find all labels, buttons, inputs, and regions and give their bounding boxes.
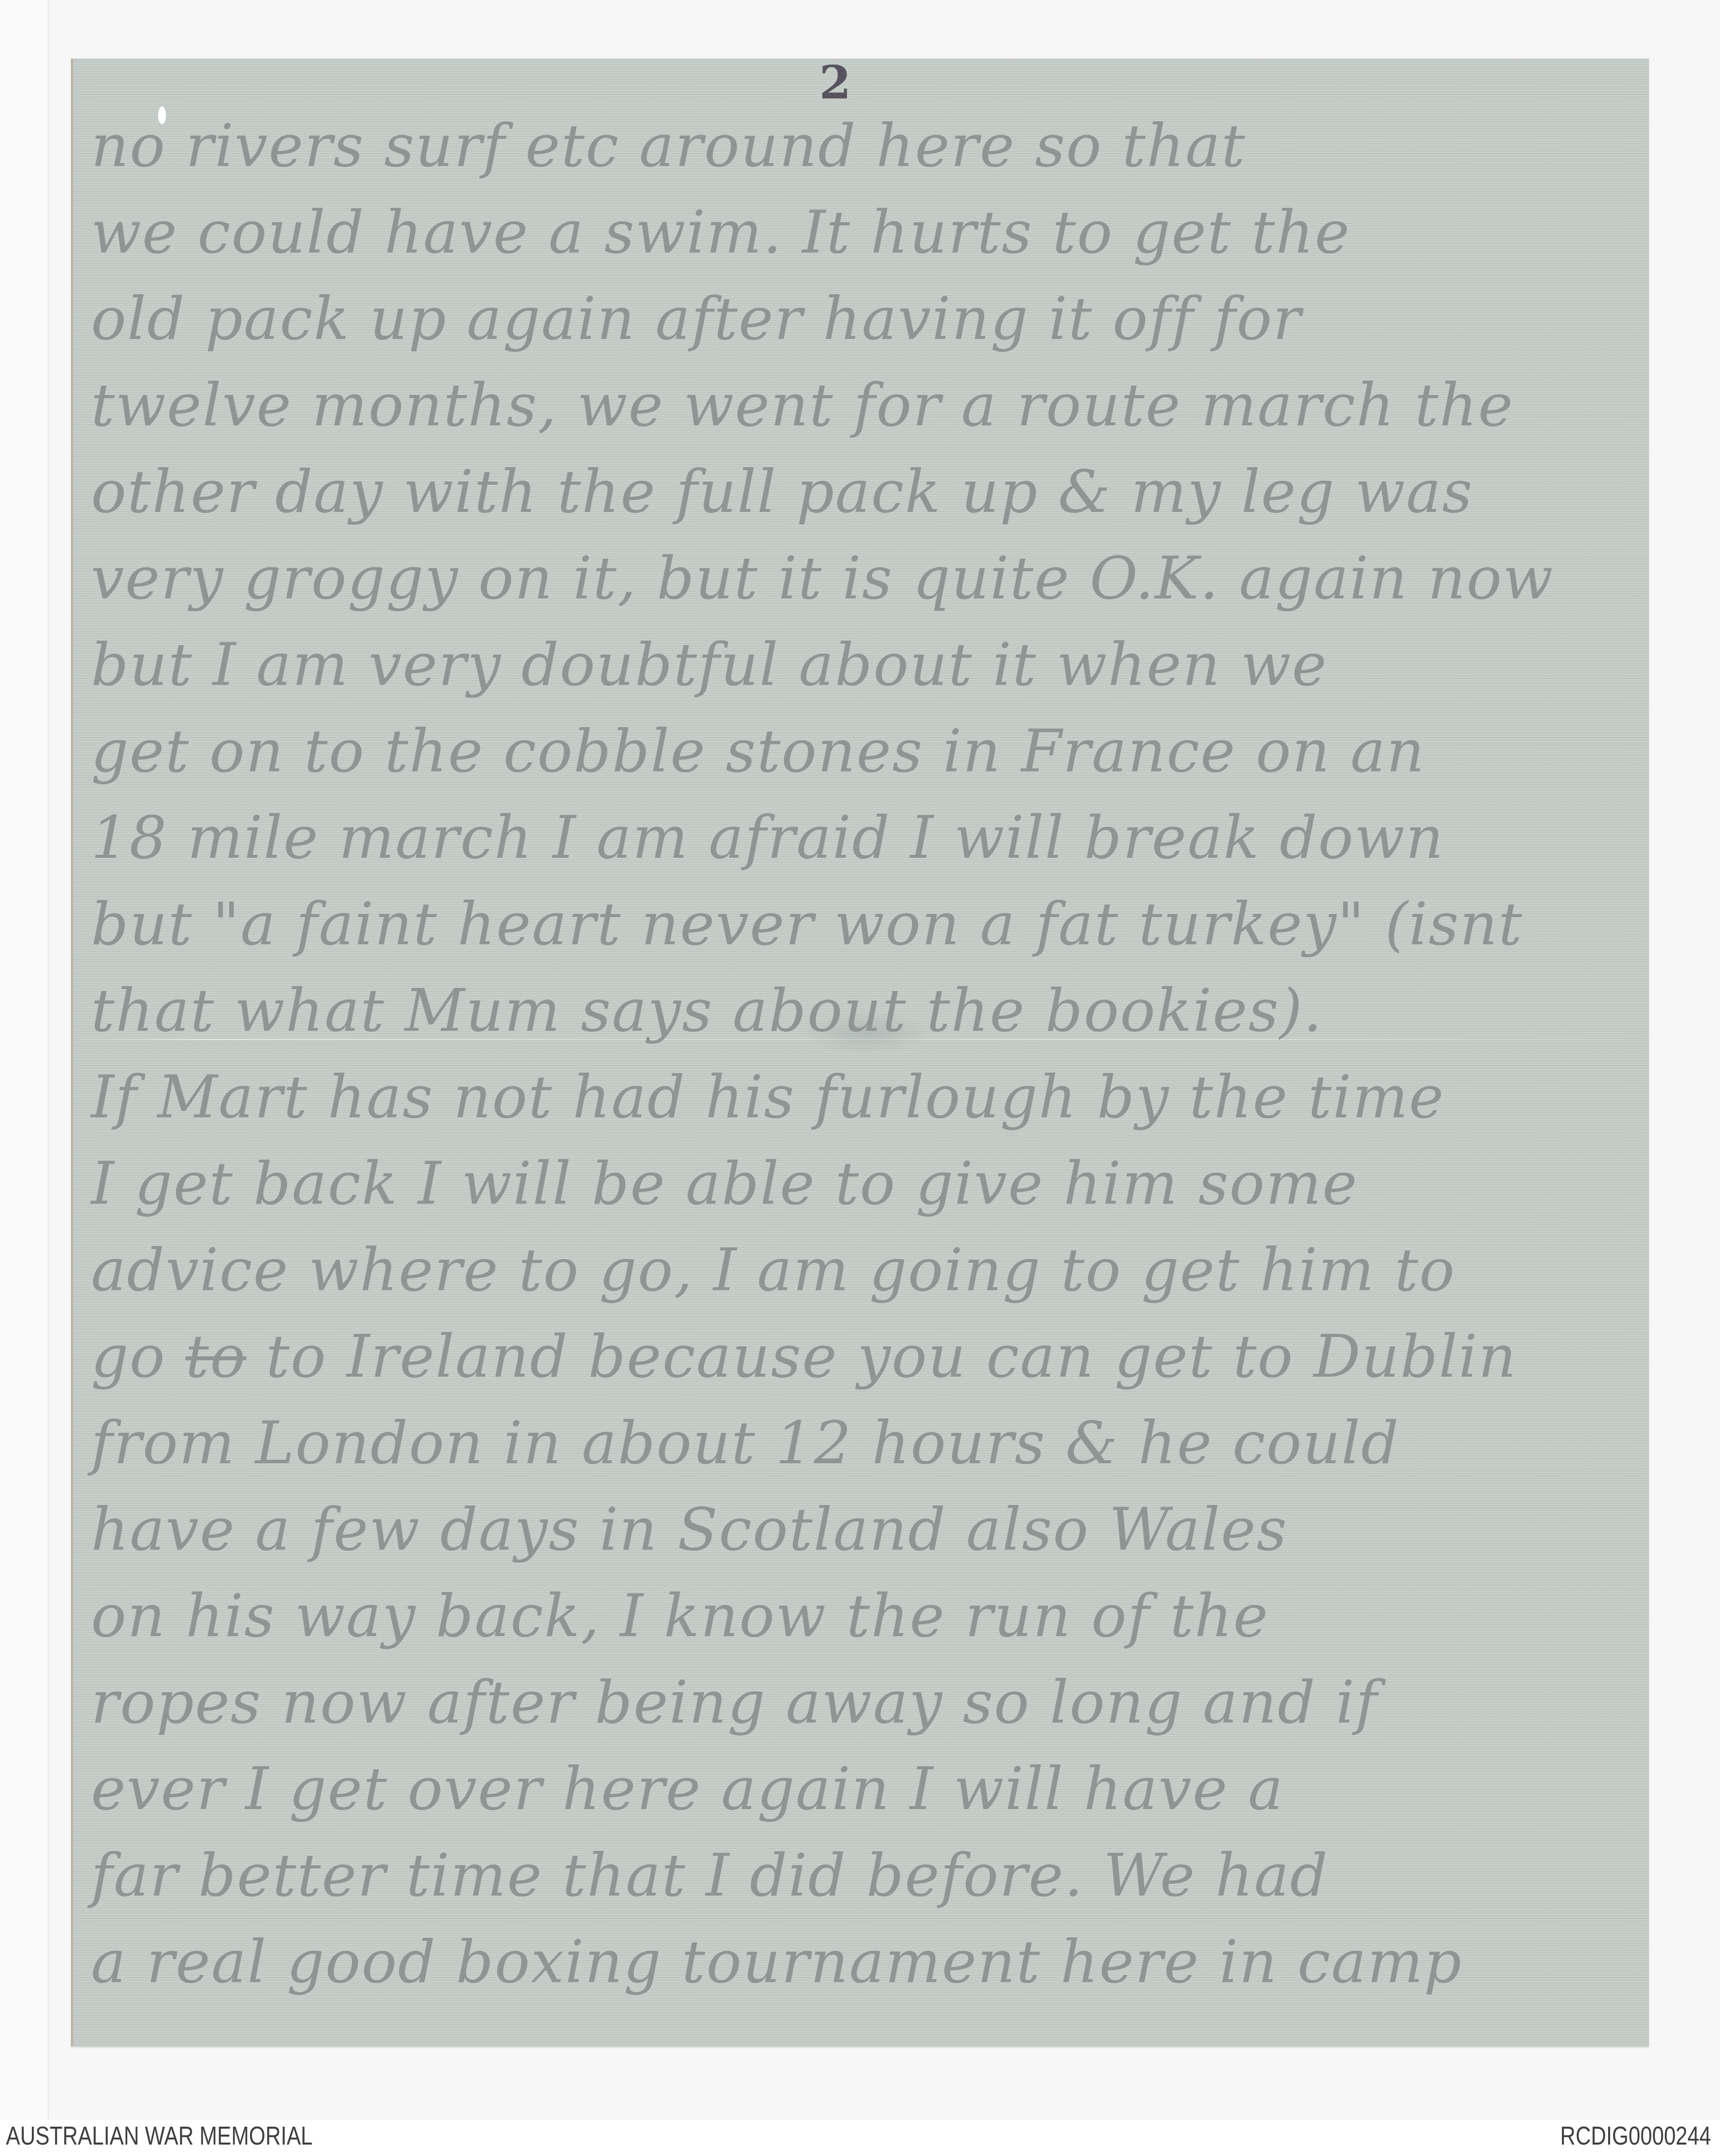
handwritten-line: ropes now after being away so long and i…	[91, 1659, 1634, 1745]
record-id-label: RCDIG0000244	[1560, 2121, 1711, 2151]
handwritten-line: but "a faint heart never won a fat turke…	[91, 881, 1634, 967]
handwritten-line: twelve months, we went for a route march…	[91, 362, 1634, 448]
handwritten-line: far better time that I did before. We ha…	[91, 1832, 1634, 1918]
line-text-before: go	[91, 1322, 185, 1391]
handwritten-line: I get back I will be able to give him so…	[91, 1140, 1634, 1227]
handwritten-line-with-strikethrough: go to to Ireland because you can get to …	[91, 1313, 1634, 1400]
scan-margin-strip	[0, 0, 49, 2120]
handwritten-line: but I am very doubtful about it when we	[91, 621, 1634, 708]
handwritten-line: from London in about 12 hours & he could	[91, 1400, 1634, 1486]
institution-label: AUSTRALIAN WAR MEMORIAL	[6, 2121, 313, 2151]
handwritten-line: we could have a swim. It hurts to get th…	[91, 189, 1634, 275]
handwritten-line: other day with the full pack up & my leg…	[91, 448, 1634, 535]
handwritten-line: advice where to go, I am going to get hi…	[91, 1227, 1634, 1313]
handwritten-line: that what Mum says about the bookies).	[91, 967, 1634, 1054]
handwritten-line: have a few days in Scotland also Wales	[91, 1486, 1634, 1573]
handwritten-line: ever I get over here again I will have a	[91, 1745, 1634, 1832]
letter-page: 2 no rivers surf etc around here so that…	[71, 59, 1649, 2047]
handwritten-line: 18 mile march I am afraid I will break d…	[91, 794, 1634, 881]
page-number: 2	[819, 60, 851, 105]
handwritten-line: a real good boxing tournament here in ca…	[91, 1918, 1634, 2005]
handwritten-line: old pack up again after having it off fo…	[91, 275, 1634, 362]
handwritten-line: on his way back, I know the run of the	[91, 1573, 1634, 1659]
handwritten-line: If Mart has not had his furlough by the …	[91, 1054, 1634, 1140]
handwritten-line: get on to the cobble stones in France on…	[91, 708, 1634, 794]
struck-word: to	[185, 1322, 246, 1391]
line-text-after: to Ireland because you can get to Dublin	[247, 1322, 1517, 1391]
handwritten-line: very groggy on it, but it is quite O.K. …	[91, 535, 1634, 621]
handwritten-line: no rivers surf etc around here so that	[91, 102, 1634, 189]
